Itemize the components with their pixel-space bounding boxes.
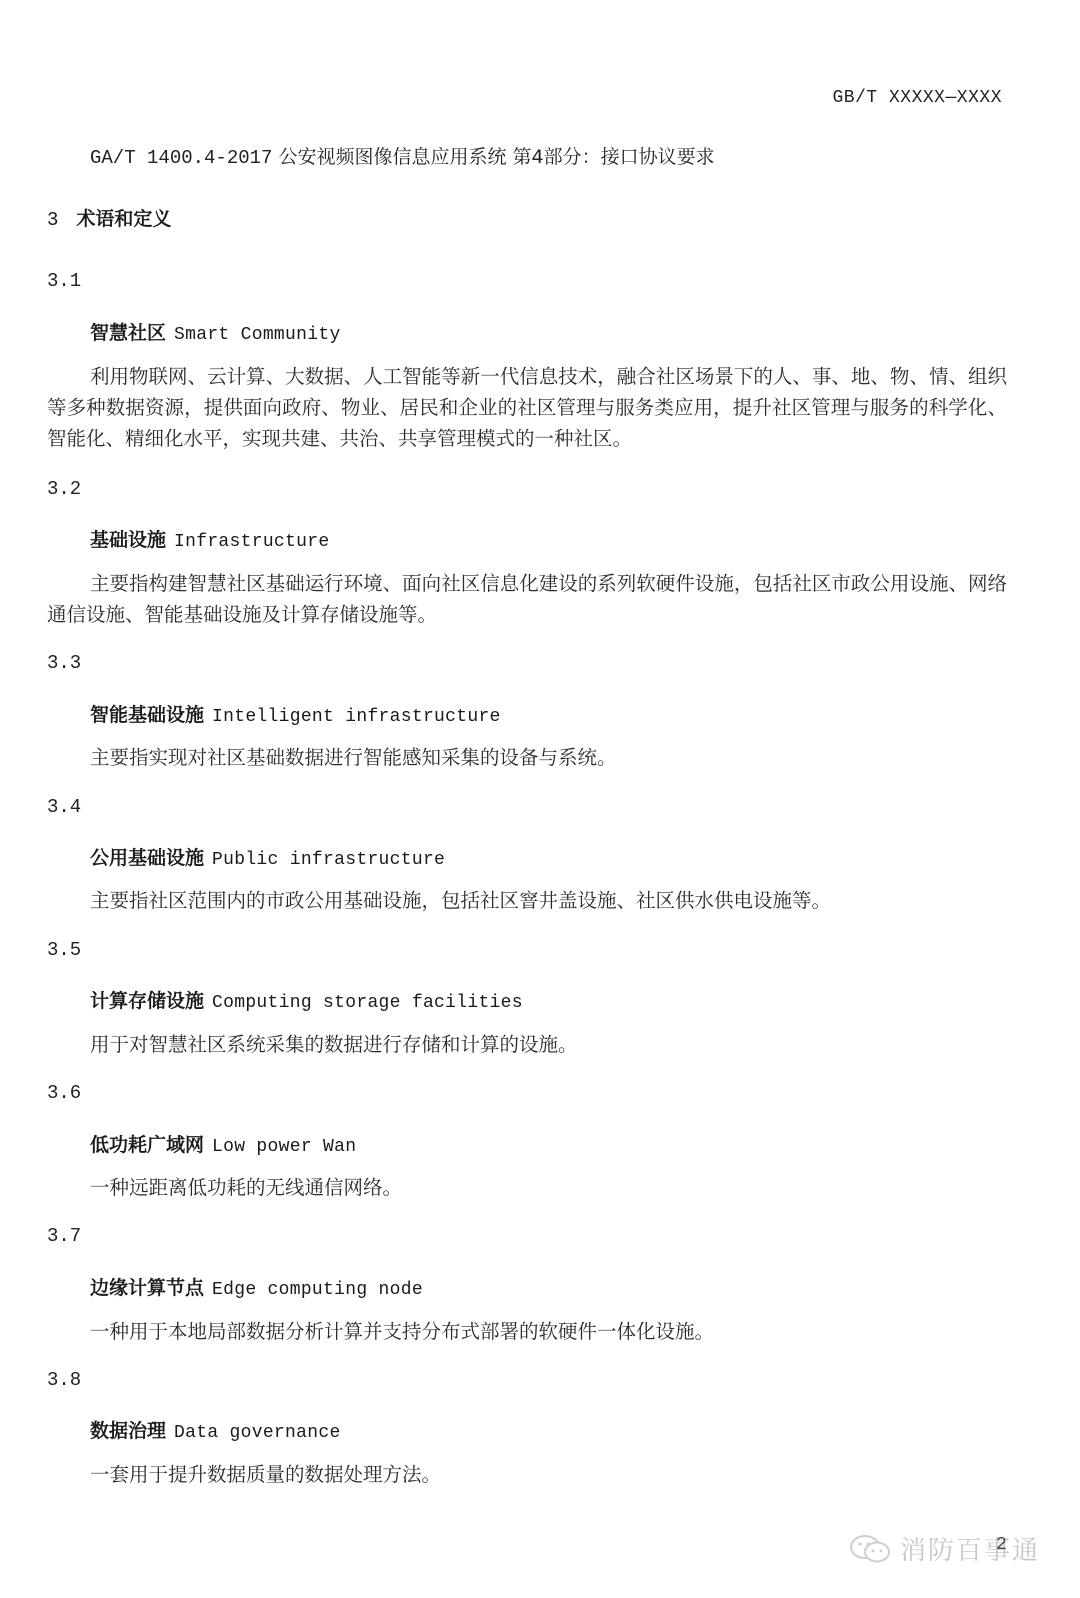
term-number: 3.8 [47, 1369, 81, 1391]
term-number: 3.4 [47, 796, 81, 818]
term-definition: 主要指社区范围内的市政公用基础设施，包括社区窨井盖设施、社区供水供电设施等。 [47, 885, 1007, 916]
term-title: 边缘计算节点Edge computing node [90, 1273, 423, 1300]
term-number: 3.7 [47, 1225, 81, 1247]
watermark-text: 消防百事通 [900, 1530, 1040, 1567]
term-zh: 低功耗广域网 [90, 1134, 204, 1156]
normative-reference: GA/T 1400.4-2017 公安视频图像信息应用系统 第4部分：接口协议要… [90, 142, 715, 169]
watermark: 消防百事通 [848, 1530, 1040, 1567]
term-definition: 用于对智慧社区系统采集的数据进行存储和计算的设施。 [47, 1029, 1007, 1060]
term-number: 3.1 [47, 270, 81, 292]
term-number: 3.6 [47, 1082, 81, 1104]
term-zh: 数据治理 [90, 1420, 166, 1442]
term-title: 计算存储设施Computing storage facilities [90, 986, 523, 1013]
term-definition: 利用物联网、云计算、大数据、人工智能等新一代信息技术，融合社区场景下的人、事、地… [47, 361, 1007, 454]
term-zh: 公用基础设施 [90, 847, 204, 869]
term-zh: 边缘计算节点 [90, 1277, 204, 1299]
term-zh: 智慧社区 [90, 322, 166, 344]
page-number: 2 [996, 1535, 1007, 1555]
term-en: Smart Community [174, 325, 341, 345]
term-number: 3.5 [47, 939, 81, 961]
term-definition: 主要指构建智慧社区基础运行环境、面向社区信息化建设的系列软硬件设施，包括社区市政… [47, 568, 1007, 630]
term-title: 公用基础设施Public infrastructure [90, 843, 445, 870]
reference-title: 公安视频图像信息应用系统 第4部分：接口协议要求 [278, 146, 714, 168]
term-number: 3.3 [47, 652, 81, 674]
term-zh: 计算存储设施 [90, 990, 204, 1012]
term-title: 基础设施Infrastructure [90, 525, 329, 552]
term-en: Intelligent infrastructure [212, 707, 501, 727]
term-definition: 主要指实现对社区基础数据进行智能感知采集的设备与系统。 [47, 742, 1007, 773]
term-zh: 基础设施 [90, 529, 166, 551]
section-number: 3 [47, 209, 58, 231]
term-en: Data governance [174, 1423, 341, 1443]
term-definition: 一种用于本地局部数据分析计算并支持分布式部署的软硬件一体化设施。 [47, 1316, 1007, 1347]
standard-code: GB/T XXXXX—XXXX [832, 88, 1002, 108]
term-definition: 一套用于提升数据质量的数据处理方法。 [47, 1459, 1007, 1490]
term-en: Infrastructure [174, 532, 329, 552]
term-en: Low power Wan [212, 1137, 356, 1157]
section-title: 术语和定义 [76, 208, 171, 230]
term-title: 智能基础设施Intelligent infrastructure [90, 700, 501, 727]
term-zh: 智能基础设施 [90, 704, 204, 726]
term-en: Computing storage facilities [212, 993, 523, 1013]
section-heading: 3术语和定义 [47, 204, 171, 231]
reference-code: GA/T 1400.4-2017 [90, 147, 272, 169]
term-title: 数据治理Data governance [90, 1416, 341, 1443]
term-title: 智慧社区Smart Community [90, 318, 341, 345]
term-en: Edge computing node [212, 1280, 423, 1300]
term-title: 低功耗广域网Low power Wan [90, 1130, 356, 1157]
term-en: Public infrastructure [212, 850, 445, 870]
wechat-icon [848, 1534, 894, 1564]
term-definition: 一种远距离低功耗的无线通信网络。 [47, 1172, 1007, 1203]
term-number: 3.2 [47, 478, 81, 500]
